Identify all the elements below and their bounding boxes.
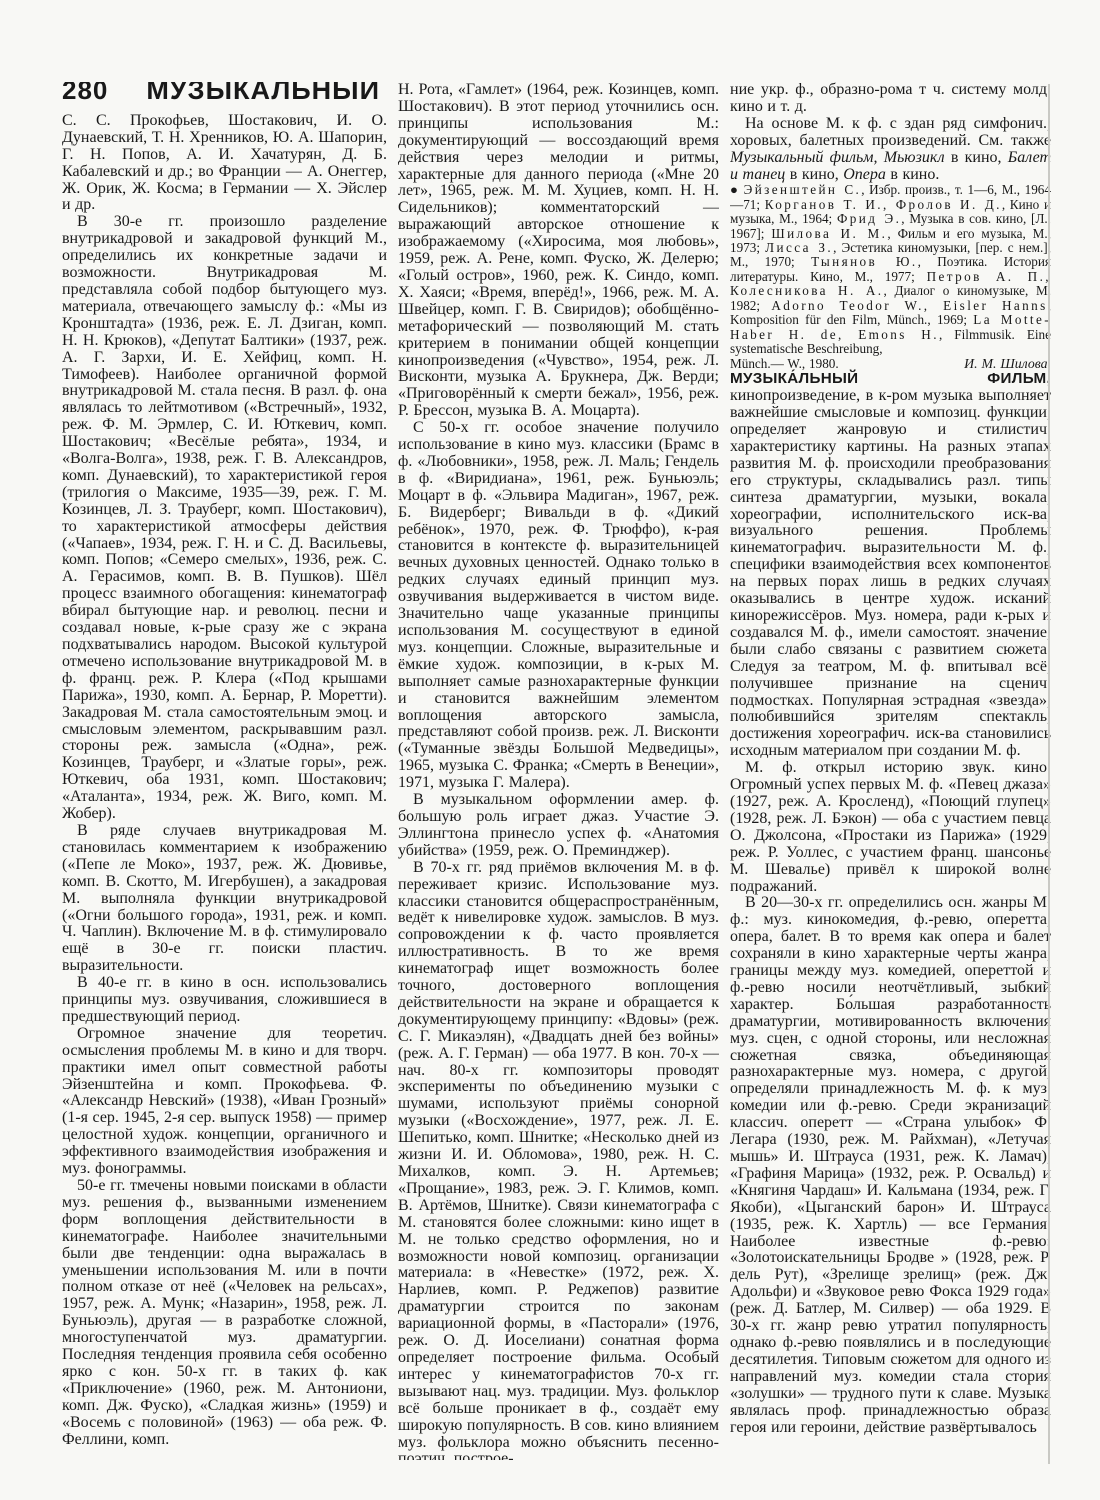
paragraph: В 70-х гг. ряд приёмов включения М. в ф.… [398,860,719,1460]
text-run: Огромное значение для теоретич. осмыслен… [62,1025,387,1177]
text-run: В музыкальном оформлении амер. ф. большу… [398,791,719,859]
running-head: 280 МУЗЫКАЛЬНЫЙ [62,82,387,99]
text-run: кинопроизведение, в к-ром музыка выполня… [730,387,1051,759]
text-run: в кино. [886,166,939,183]
text-run: Н. Рота, «Гамлет» (1964, реж. Козинцев, … [398,82,719,419]
text-column-3: ние укр. ф., образно-рома т ч. систему м… [730,82,1051,1460]
paragraph: В ряде случаев внутрикадровая М. станови… [62,823,387,975]
paragraph: М. ф. открыл историю звук. кино. Огромны… [730,760,1051,895]
text-run: В 20—30-х гг. определились осн. жанры М.… [730,894,1051,1435]
bibliography-author: Adorno Teodor W., Eisler Hanns [771,298,1047,313]
paragraph: В 40-е гг. в кино в осн. использовались … [62,975,387,1026]
paragraph: На основе М. к ф. с здан ряд симфонич., … [730,116,1051,184]
text-run: ние укр. ф., образно-рома т ч. систему м… [730,82,1051,115]
text-run: С. С. Прокофьев, Шостакович, И. О. Дунае… [62,112,387,214]
italic-cross-reference: Опера [843,166,886,183]
encyclopedia-page: 280 МУЗЫКАЛЬНЫЙ С. С. Прокофьев, Шостако… [0,0,1100,1500]
text-run: С 50-х гг. особое значение получило испо… [398,419,719,791]
text-run: в кино, [945,149,1008,166]
text-run: В 30-е гг. произошло разделение внутрика… [62,213,387,822]
bibliography: ● Эйзенштейн С., Избр. произв., т. 1—6, … [730,183,1051,356]
text-run: в кино, [785,166,843,183]
paragraph: Огромное значение для теоретич. осмыслен… [62,1026,387,1178]
bibliography-author: Корганов Т. И., Фролов И. Д. [765,197,1002,212]
text-run: ● [730,182,744,197]
entry-headword: МУЗЫКА́ЛЬНЫЙ ФИЛЬМ, [730,370,1051,387]
text-run: В ряде случаев внутрикадровая М. станови… [62,822,387,974]
text-run: В 70-х гг. ряд приёмов включения М. в ф.… [398,859,719,1460]
paragraph: ние укр. ф., образно-рома т ч. систему м… [730,82,1051,116]
bibliography-author: Тынянов Ю. [811,254,917,269]
paragraph: 50-е гг. тмечены новыми поисками в облас… [62,1178,387,1449]
running-title: МУЗЫКАЛЬНЫЙ [146,82,380,99]
bibliography-author: Фрид Э. [837,211,901,226]
paragraph: С. С. Прокофьев, Шостакович, И. О. Дунае… [62,113,387,214]
bibliography-author: Эйзенштейн С. [744,182,862,197]
italic-cross-reference: Музыкальный фильм, Мьюзикл [730,149,945,166]
page-number: 280 [62,82,108,99]
page-content: 280 МУЗЫКАЛЬНЫЙ С. С. Прокофьев, Шостако… [62,82,1051,1460]
text-run: В 40-е гг. в кино в осн. использовались … [62,974,387,1025]
bibliography-author: Шилова И. М. [771,226,887,241]
paragraph: Н. Рота, «Гамлет» (1964, реж. Козинцев, … [398,82,719,420]
paragraph: В музыкальном оформлении амер. ф. большу… [398,792,719,860]
text-run: 50-е гг. тмечены новыми поисками в облас… [62,1177,387,1448]
paragraph: В 20—30-х гг. определились осн. жанры М.… [730,895,1051,1436]
page-edge-line [1048,84,1050,1464]
text-run: На основе М. к ф. с здан ряд симфонич., … [730,115,1051,149]
text-column-2: Н. Рота, «Гамлет» (1964, реж. Козинцев, … [398,82,719,1460]
text-column-1: 280 МУЗЫКАЛЬНЫЙ С. С. Прокофьев, Шостако… [62,82,387,1460]
text-run: М. ф. открыл историю звук. кино. Огромны… [730,759,1051,894]
bibliography-author: Лисса З. [765,240,833,255]
paragraph: В 30-е гг. произошло разделение внутрика… [62,214,387,823]
paragraph: МУЗЫКА́ЛЬНЫЙ ФИЛЬМ, кинопроизведение, в … [730,371,1051,760]
paragraph: С 50-х гг. особое значение получило испо… [398,420,719,792]
